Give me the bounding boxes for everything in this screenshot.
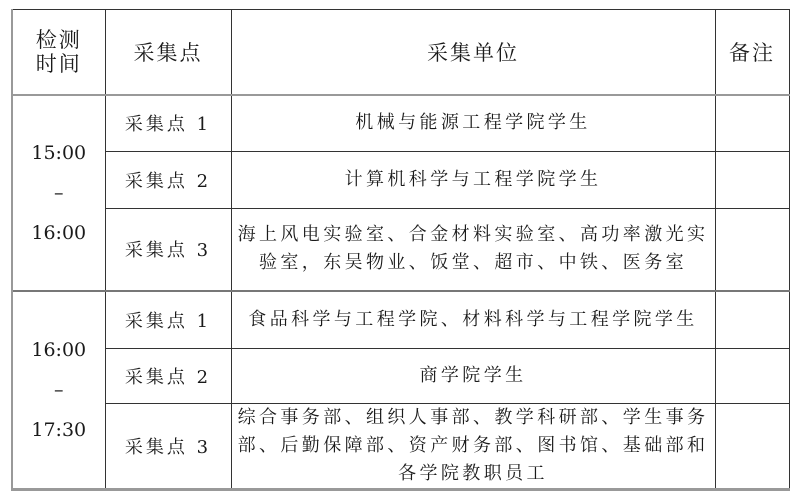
header-note: 备注 — [715, 10, 789, 96]
table-row: 采集点 2 商学院学生 — [12, 348, 789, 403]
collection-unit-cell: 综合事务部、组织人事部、教学科研部、学生事务部、后勤保障部、资产财务部、图书馆、… — [231, 403, 715, 489]
header-time-line2: 时间 — [13, 52, 105, 76]
table-row: 采集点 2 计算机科学与工程学院学生 — [12, 151, 789, 208]
note-cell — [715, 208, 789, 291]
collection-unit-cell: 商学院学生 — [231, 348, 715, 403]
table-row: 16:00 – 17:30 采集点 1 食品科学与工程学院、材料科学与工程学院学… — [12, 291, 789, 348]
header-detection-time: 检测 时间 — [12, 10, 105, 96]
note-cell — [715, 151, 789, 208]
time-separator: – — [13, 173, 105, 213]
time-end: 17:30 — [13, 410, 105, 450]
collection-point-cell: 采集点 2 — [105, 151, 231, 208]
time-slot-cell: 15:00 – 16:00 — [12, 95, 105, 291]
collection-point-cell: 采集点 2 — [105, 348, 231, 403]
note-cell — [715, 291, 789, 348]
collection-unit-cell: 海上风电实验室、合金材料实验室、高功率激光实验室，东吴物业、饭堂、超市、中铁、医… — [231, 208, 715, 291]
time-start: 15:00 — [13, 133, 105, 173]
header-collection-unit: 采集单位 — [231, 10, 715, 96]
time-slot-cell: 16:00 – 17:30 — [12, 291, 105, 489]
header-collection-point: 采集点 — [105, 10, 231, 96]
collection-unit-cell: 食品科学与工程学院、材料科学与工程学院学生 — [231, 291, 715, 348]
collection-point-cell: 采集点 3 — [105, 403, 231, 489]
collection-point-cell: 采集点 3 — [105, 208, 231, 291]
header-row: 检测 时间 采集点 采集单位 备注 — [12, 10, 789, 96]
collection-point-cell: 采集点 1 — [105, 95, 231, 151]
time-separator: – — [13, 370, 105, 410]
table-row: 采集点 3 海上风电实验室、合金材料实验室、高功率激光实验室，东吴物业、饭堂、超… — [12, 208, 789, 291]
collection-unit-cell: 计算机科学与工程学院学生 — [231, 151, 715, 208]
collection-point-cell: 采集点 1 — [105, 291, 231, 348]
note-cell — [715, 95, 789, 151]
collection-unit-cell: 机械与能源工程学院学生 — [231, 95, 715, 151]
note-cell — [715, 348, 789, 403]
collection-schedule-table: 检测 时间 采集点 采集单位 备注 15:00 – 16:00 采集点 1 机械… — [11, 9, 790, 491]
header-time-line1: 检测 — [13, 28, 105, 52]
time-start: 16:00 — [13, 330, 105, 370]
time-end: 16:00 — [13, 213, 105, 253]
note-cell — [715, 403, 789, 489]
table-row: 采集点 3 综合事务部、组织人事部、教学科研部、学生事务部、后勤保障部、资产财务… — [12, 403, 789, 489]
table-row: 15:00 – 16:00 采集点 1 机械与能源工程学院学生 — [12, 95, 789, 151]
